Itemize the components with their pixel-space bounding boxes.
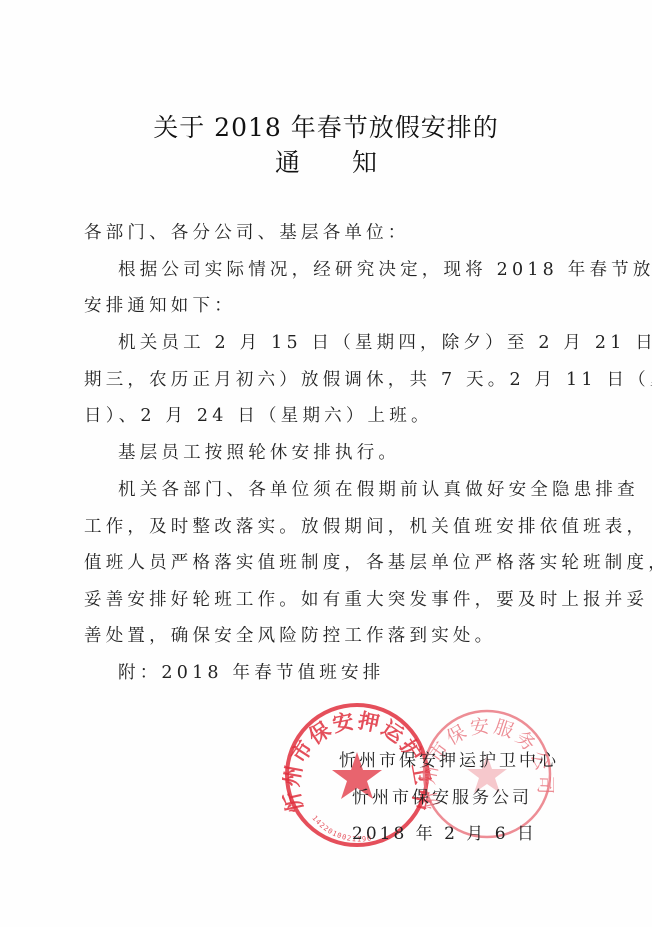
paragraph-4-line-3: 值班人员严格落实值班制度，各基层单位严格落实轮班制度， [84,549,652,574]
paragraph-3-line-1: 基层员工按照轮休安排执行。 [118,439,400,464]
salutation: 各部门、各分公司、基层各单位： [84,219,410,244]
paragraph-4-line-5: 善处置，确保安全风险防控工作落到实处。 [84,622,496,647]
paragraph-4-line-2: 工作，及时整改落实。放假期间，机关值班安排依值班表， [84,513,648,538]
paragraph-1-line-2: 安排通知如下： [84,292,236,317]
attachment-line: 附：2018 年春节值班安排 [118,659,384,684]
paragraph-2-line-3: 日）、2 月 24 日（星期六）上班。 [84,402,433,427]
document-title: 关于 2018 年春节放假安排的 [0,108,652,144]
paragraph-2-line-1: 机关员工 2 月 15 日（星期四，除夕）至 2 月 21 日（星 [118,329,652,354]
paragraph-1-line-1: 根据公司实际情况，经研究决定，现将 2018 年春节放假 [118,256,652,281]
document-page: 关于 2018 年春节放假安排的 通知 各部门、各分公司、基层各单位： 根据公司… [0,0,652,927]
signature-org-1: 忻州市保安押运护卫中心 [339,746,559,771]
paragraph-2-line-2: 期三，农历正月初六）放假调休，共 7 天。2 月 11 日（星期 [84,366,652,391]
paragraph-4-line-1: 机关各部门、各单位须在假期前认真做好安全隐患排查 [118,476,639,501]
paragraph-4-line-4: 妥善安排好轮班工作。如有重大突发事件，要及时上报并妥 [84,586,648,611]
signature-org-2: 忻州市保安服务公司 [352,783,532,808]
signature-date: 2018 年 2 月 6 日 [352,819,537,844]
document-subtitle: 通知 [0,143,652,179]
